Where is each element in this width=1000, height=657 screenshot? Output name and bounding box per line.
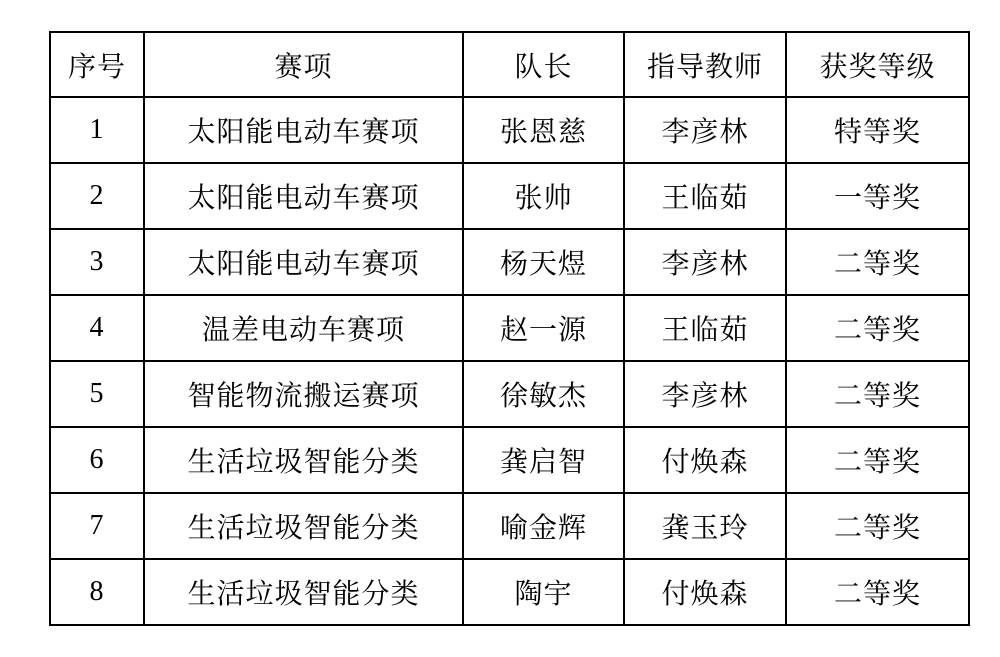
table-cell: 李彦林 (624, 361, 786, 427)
table-header-row: 序号 赛项 队长 指导教师 获奖等级 (50, 32, 969, 97)
table-cell: 龚玉玲 (624, 493, 786, 559)
table-cell: 喻金辉 (463, 493, 624, 559)
table-cell: 付焕森 (624, 427, 786, 493)
table-cell: 二等奖 (786, 559, 969, 625)
table-cell: 王临茹 (624, 163, 786, 229)
table-cell: 付焕森 (624, 559, 786, 625)
table-cell: 5 (50, 361, 144, 427)
table-cell: 杨天煜 (463, 229, 624, 295)
table-cell: 温差电动车赛项 (144, 295, 463, 361)
table-row: 5智能物流搬运赛项徐敏杰李彦林二等奖 (50, 361, 969, 427)
table-cell: 4 (50, 295, 144, 361)
table-cell: 二等奖 (786, 295, 969, 361)
table-cell: 3 (50, 229, 144, 295)
table-cell: 生活垃圾智能分类 (144, 493, 463, 559)
table-cell: 1 (50, 97, 144, 163)
table-cell: 7 (50, 493, 144, 559)
table-row: 1太阳能电动车赛项张恩慈李彦林特等奖 (50, 97, 969, 163)
table-cell: 陶宇 (463, 559, 624, 625)
header-cell-award: 获奖等级 (786, 32, 969, 97)
table-cell: 二等奖 (786, 493, 969, 559)
header-cell-event: 赛项 (144, 32, 463, 97)
table-row: 8生活垃圾智能分类陶宇付焕森二等奖 (50, 559, 969, 625)
header-cell-instructor: 指导教师 (624, 32, 786, 97)
table-cell: 生活垃圾智能分类 (144, 559, 463, 625)
table-cell: 二等奖 (786, 427, 969, 493)
table-body: 1太阳能电动车赛项张恩慈李彦林特等奖2太阳能电动车赛项张帅王临茹一等奖3太阳能电… (50, 97, 969, 625)
table-cell: 赵一源 (463, 295, 624, 361)
document-page: 序号 赛项 队长 指导教师 获奖等级 1太阳能电动车赛项张恩慈李彦林特等奖2太阳… (0, 0, 1000, 657)
table-cell: 二等奖 (786, 229, 969, 295)
table-cell: 6 (50, 427, 144, 493)
table-cell: 李彦林 (624, 97, 786, 163)
table-cell: 二等奖 (786, 361, 969, 427)
table-cell: 太阳能电动车赛项 (144, 229, 463, 295)
table-cell: 8 (50, 559, 144, 625)
table-cell: 徐敏杰 (463, 361, 624, 427)
table-cell: 2 (50, 163, 144, 229)
table-cell: 太阳能电动车赛项 (144, 163, 463, 229)
table-cell: 李彦林 (624, 229, 786, 295)
table-cell: 张恩慈 (463, 97, 624, 163)
table-cell: 太阳能电动车赛项 (144, 97, 463, 163)
table-cell: 智能物流搬运赛项 (144, 361, 463, 427)
awards-table: 序号 赛项 队长 指导教师 获奖等级 1太阳能电动车赛项张恩慈李彦林特等奖2太阳… (49, 31, 970, 626)
table-cell: 龚启智 (463, 427, 624, 493)
table-cell: 生活垃圾智能分类 (144, 427, 463, 493)
table-row: 3太阳能电动车赛项杨天煜李彦林二等奖 (50, 229, 969, 295)
table-row: 4温差电动车赛项赵一源王临茹二等奖 (50, 295, 969, 361)
table-cell: 特等奖 (786, 97, 969, 163)
table-cell: 张帅 (463, 163, 624, 229)
table-cell: 王临茹 (624, 295, 786, 361)
header-cell-serial: 序号 (50, 32, 144, 97)
table-cell: 一等奖 (786, 163, 969, 229)
table-row: 6生活垃圾智能分类龚启智付焕森二等奖 (50, 427, 969, 493)
table-row: 7生活垃圾智能分类喻金辉龚玉玲二等奖 (50, 493, 969, 559)
table-row: 2太阳能电动车赛项张帅王临茹一等奖 (50, 163, 969, 229)
header-cell-captain: 队长 (463, 32, 624, 97)
